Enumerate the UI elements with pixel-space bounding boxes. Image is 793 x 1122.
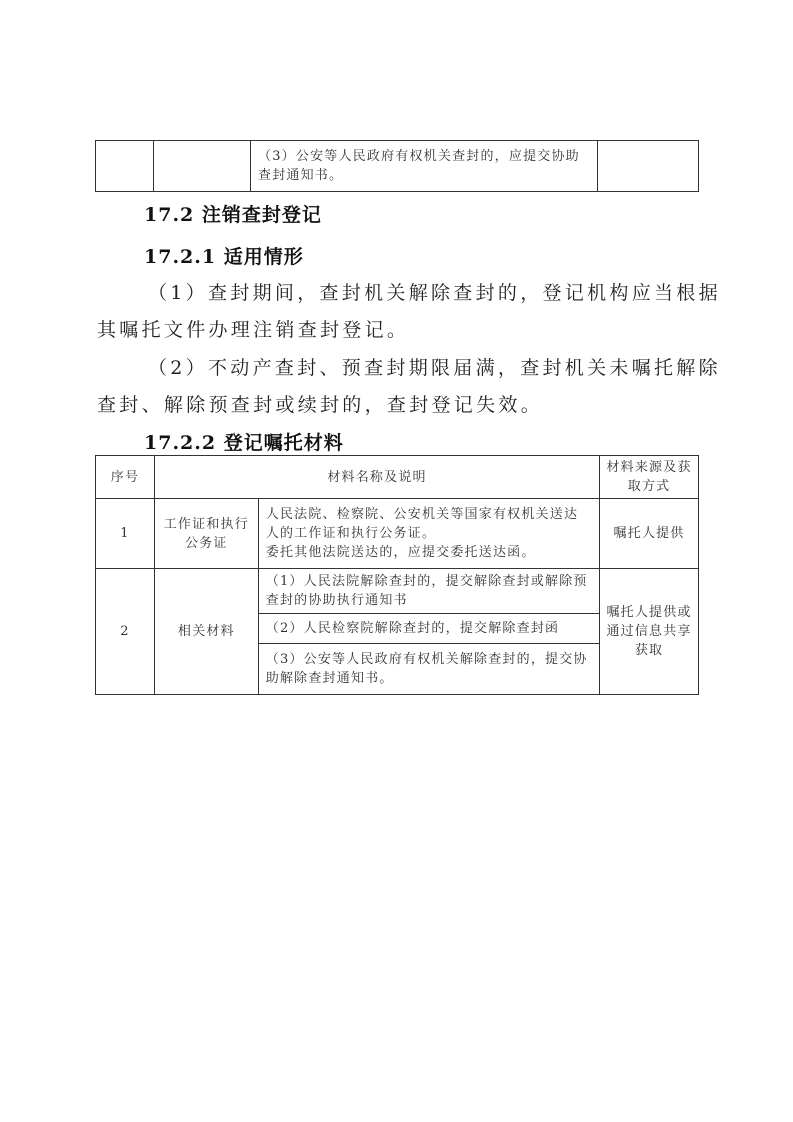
document-page: （3）公安等人民政府有权机关查封的，应提交协助查封通知书。 17.2 注销查封登… <box>0 0 793 1122</box>
paragraph-1-line-2: 其嘱托文件办理注销查封登记。 <box>97 312 409 349</box>
row-name: 相关材料 <box>154 569 258 695</box>
table-cell-source <box>598 141 699 192</box>
table-row: （3）公安等人民政府有权机关查封的，应提交协助查封通知书。 <box>96 141 699 192</box>
row-source: 嘱托人提供或通过信息共享获取 <box>600 569 699 695</box>
section-heading-17-2-1: 17.2.1 适用情形 <box>144 242 304 269</box>
paragraph-2-line-1: （2）不动产查封、预查封期限届满，查封机关未嘱托解除 <box>148 350 721 387</box>
table-cell-no <box>96 141 154 192</box>
row-detail-3: （3）公安等人民政府有权机关解除查封的，提交协助解除查封通知书。 <box>258 644 599 695</box>
section-heading-17-2-2: 17.2.2 登记嘱托材料 <box>144 428 344 455</box>
row-no: 2 <box>96 569 155 695</box>
row-source: 嘱托人提供 <box>600 499 699 569</box>
row-no: 1 <box>96 499 155 569</box>
continued-materials-table: （3）公安等人民政府有权机关查封的，应提交协助查封通知书。 <box>95 140 699 192</box>
table-cell-description: （3）公安等人民政府有权机关查封的，应提交协助查封通知书。 <box>251 141 598 192</box>
section-heading-17-2: 17.2 注销查封登记 <box>144 200 322 227</box>
paragraph-1-line-1: （1）查封期间，查封机关解除查封的，登记机构应当根据 <box>148 275 721 312</box>
row-name: 工作证和执行公务证 <box>154 499 258 569</box>
table-cell-name <box>154 141 251 192</box>
detail-line: 人民法院、检察院、公安机关等国家有权机关送达人的工作证和执行公务证。 <box>266 505 592 543</box>
commission-materials-table: 序号 材料名称及说明 材料来源及获取方式 1 工作证和执行公务证 人民法院、检察… <box>95 455 699 695</box>
header-material: 材料名称及说明 <box>154 456 599 499</box>
table-row: 2 相关材料 （1）人民法院解除查封的，提交解除查封或解除预查封的协助执行通知书… <box>96 569 699 614</box>
header-no: 序号 <box>96 456 155 499</box>
row-detail-1: （1）人民法院解除查封的，提交解除查封或解除预查封的协助执行通知书 <box>258 569 599 614</box>
table-row: 1 工作证和执行公务证 人民法院、检察院、公安机关等国家有权机关送达人的工作证和… <box>96 499 699 569</box>
paragraph-2-line-2: 查封、解除预查封或续封的，查封登记失效。 <box>97 387 543 424</box>
row-details: 人民法院、检察院、公安机关等国家有权机关送达人的工作证和执行公务证。 委托其他法… <box>258 499 599 569</box>
table-header-row: 序号 材料名称及说明 材料来源及获取方式 <box>96 456 699 499</box>
row-detail-2: （2）人民检察院解除查封的，提交解除查封函 <box>258 614 599 644</box>
detail-line: 委托其他法院送达的，应提交委托送达函。 <box>266 543 592 562</box>
header-source: 材料来源及获取方式 <box>600 456 699 499</box>
